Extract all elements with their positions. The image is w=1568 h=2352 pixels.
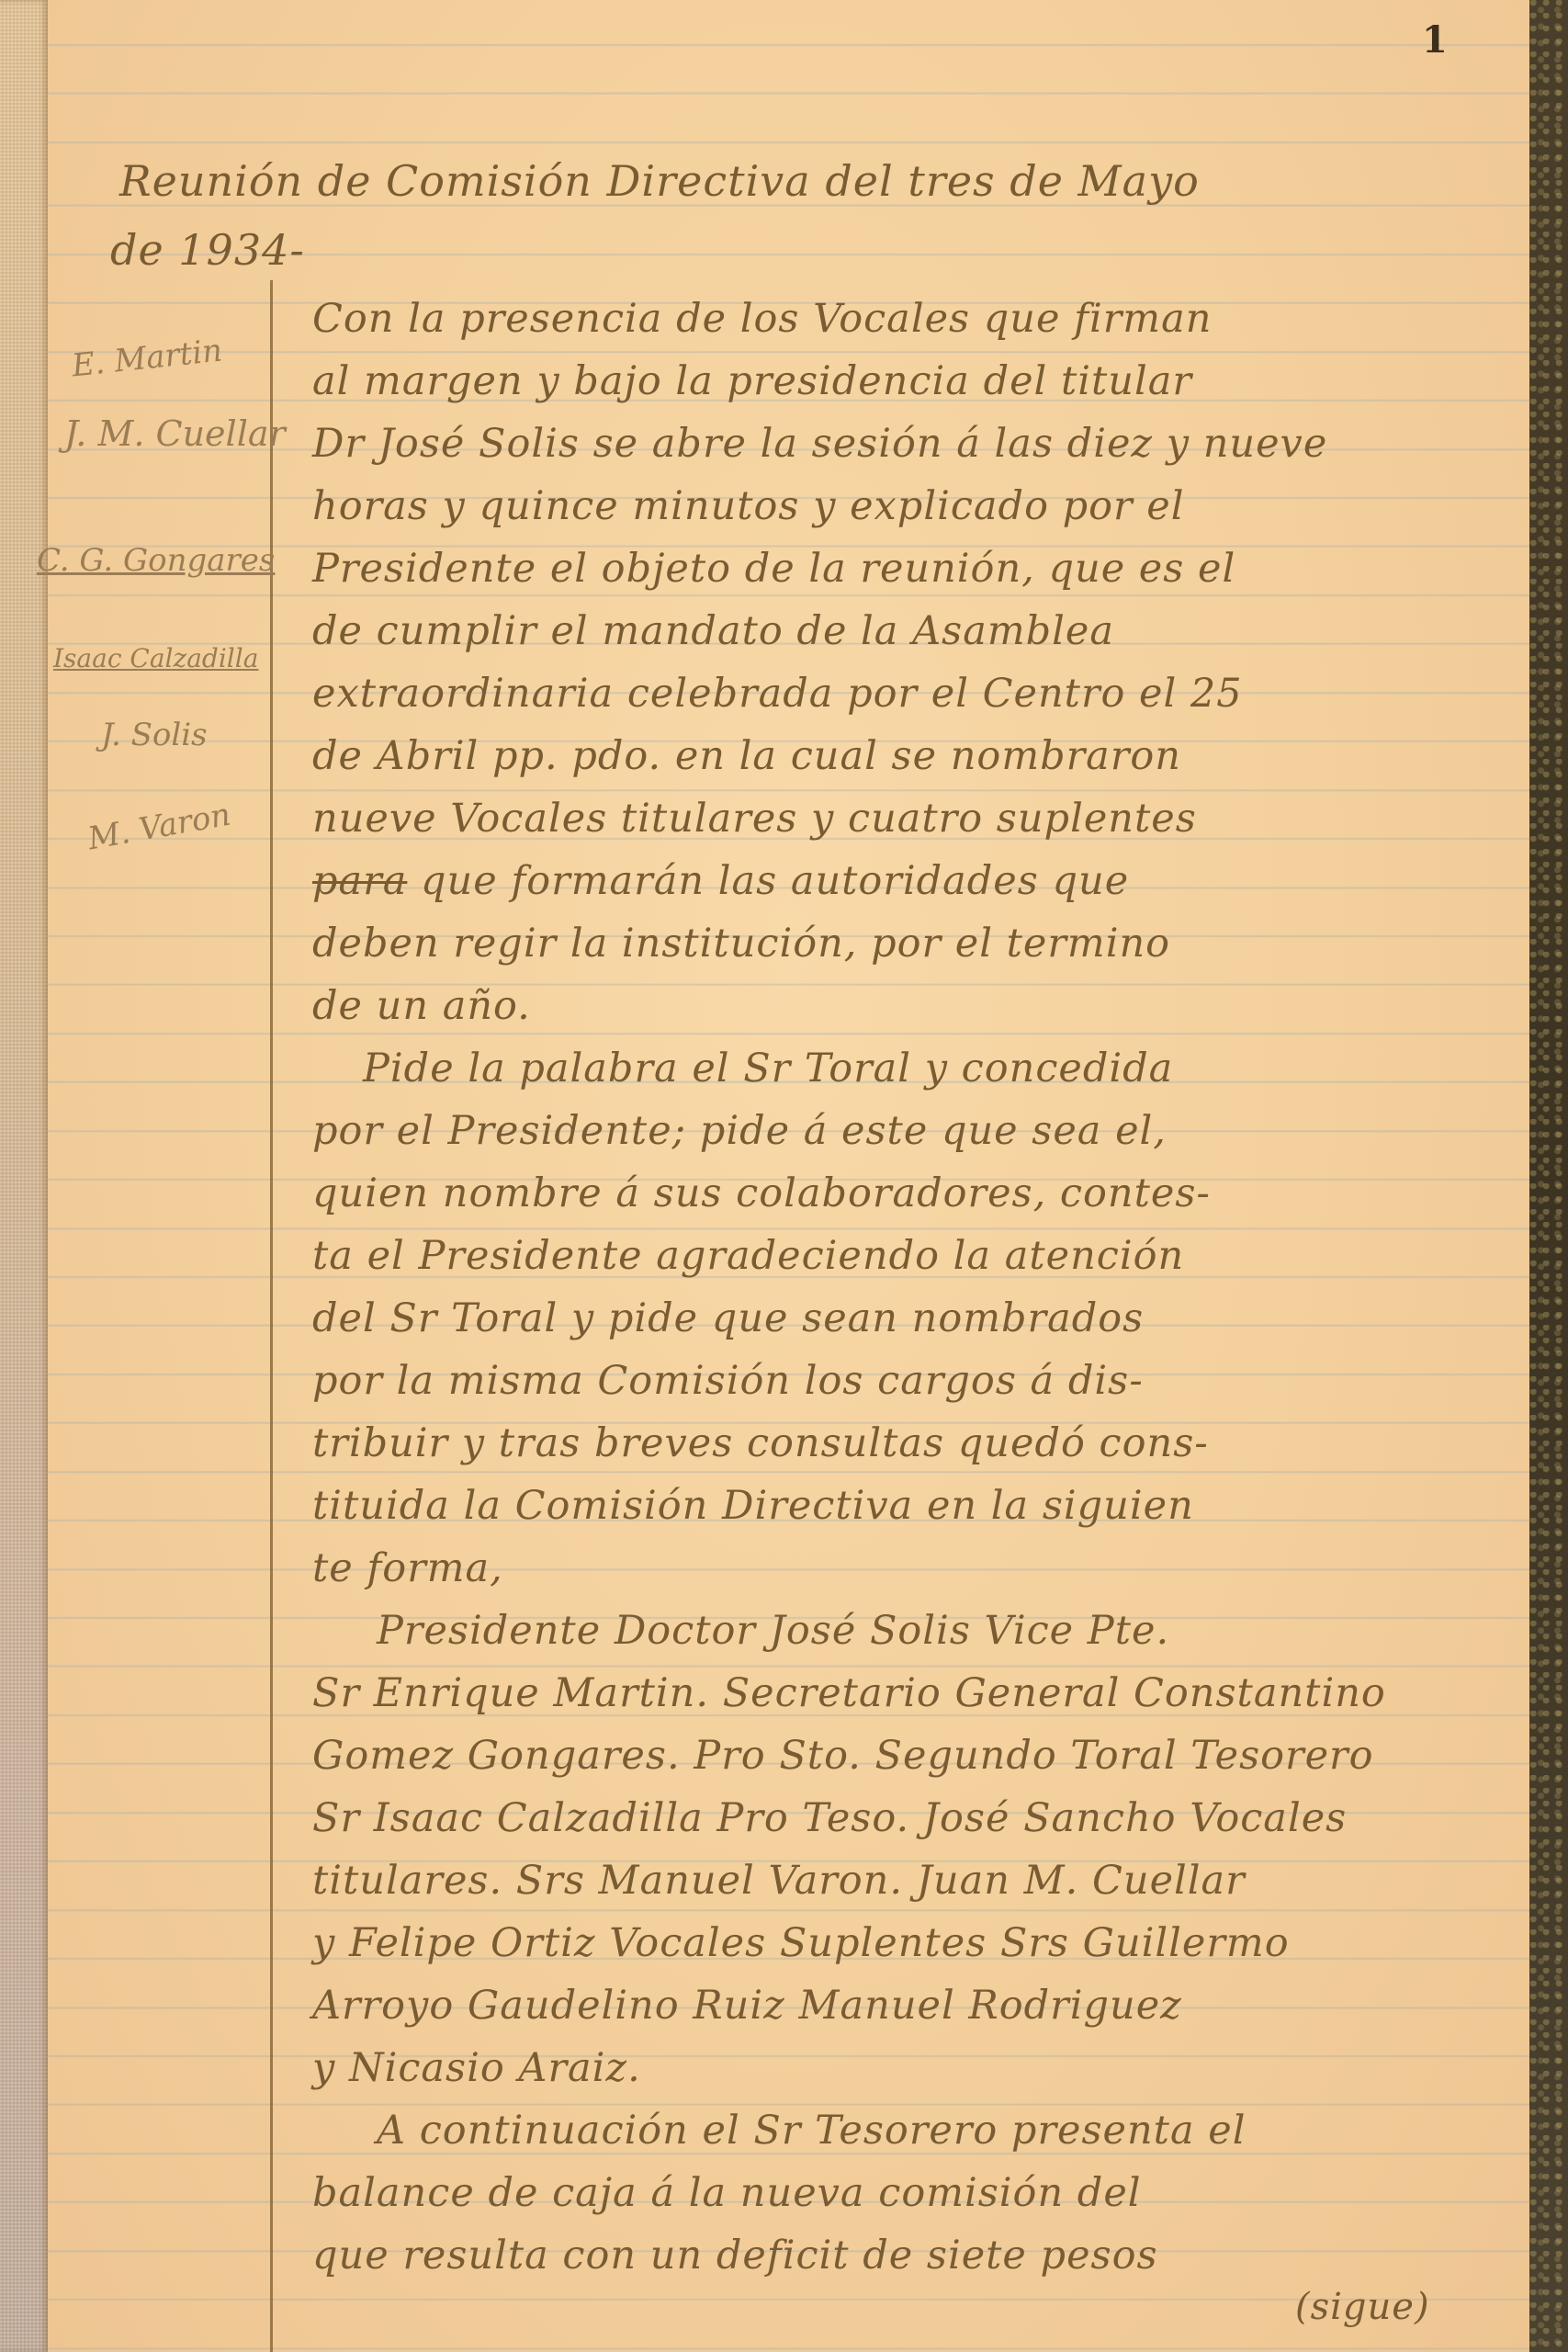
body-line: Arroyo Gaudelino Ruiz Manuel Rodriguez xyxy=(312,1983,1182,2029)
body-line: nueve Vocales titulares y cuatro suplent… xyxy=(312,796,1197,842)
body-line: por el Presidente; pide á este que sea e… xyxy=(312,1108,1167,1154)
signature-calzadilla: Isaac Calzadilla xyxy=(53,643,258,673)
body-line: balance de caja á la nueva comisión del xyxy=(312,2170,1142,2216)
body-line: tituida la Comisión Directiva en la sigu… xyxy=(312,1483,1194,1529)
body-line: titulares. Srs Manuel Varon. Juan M. Cue… xyxy=(312,1858,1246,1904)
body-line: que formarán las autoridades que xyxy=(421,858,1129,904)
continuation-note: (sigue) xyxy=(1295,2286,1430,2328)
body-line: del Sr Toral y pide que sean nombrados xyxy=(312,1295,1144,1341)
struck-word: para xyxy=(312,858,407,904)
body-line: al margen y bajo la presidencia del titu… xyxy=(312,358,1192,404)
paragraph-start: Presidente Doctor José Solis Vice Pte. xyxy=(377,1608,1169,1654)
book-binding-cloth xyxy=(0,0,48,2352)
body-line: de un año. xyxy=(312,983,531,1029)
body-line: de Abril pp. pdo. en la cual se nombraro… xyxy=(312,733,1181,779)
body-line: y Nicasio Araiz. xyxy=(312,2045,641,2091)
body-line: te forma, xyxy=(312,1545,503,1591)
body-line: de cumplir el mandato de la Asamblea xyxy=(312,608,1114,654)
body-line: Con la presencia de los Vocales que firm… xyxy=(312,296,1212,342)
book-cover-edge xyxy=(1529,0,1568,2352)
body-line: y Felipe Ortiz Vocales Suplentes Srs Gui… xyxy=(312,1920,1290,1966)
signature-cuellar: J. M. Cuellar xyxy=(64,413,286,454)
heading-line-2: de 1934- xyxy=(110,225,305,275)
body-line: Sr Enrique Martin. Secretario General Co… xyxy=(312,1670,1386,1716)
body-line: Gomez Gongares. Pro Sto. Segundo Toral T… xyxy=(312,1733,1373,1779)
body-line: horas y quince minutos y explicado por e… xyxy=(312,483,1184,529)
signature-gongares: C. G. Gongares xyxy=(37,542,275,579)
body-line: Sr Isaac Calzadilla Pro Teso. José Sanch… xyxy=(312,1795,1347,1841)
body-line: Dr José Solis se abre la sesión á las di… xyxy=(312,421,1327,467)
body-line: quien nombre á sus colaboradores, contes… xyxy=(312,1170,1211,1216)
body-line: deben regir la institución, por el termi… xyxy=(312,921,1170,967)
body-line: Presidente el objeto de la reunión, que … xyxy=(312,546,1235,592)
paragraph-start: Pide la palabra el Sr Toral y concedida xyxy=(363,1046,1173,1091)
body-line: tribuir y tras breves consultas quedó co… xyxy=(312,1420,1209,1466)
paragraph-start: A continuación el Sr Tesorero presenta e… xyxy=(377,2108,1246,2154)
signature-solis: J. Solis xyxy=(101,717,208,753)
body-line: extraordinaria celebrada por el Centro e… xyxy=(312,671,1243,717)
body-line: que resulta con un deficit de siete peso… xyxy=(312,2233,1158,2278)
margin-rule xyxy=(270,280,273,2352)
page-number: 1 xyxy=(1422,18,1448,62)
body-line: ta el Presidente agradeciendo la atenció… xyxy=(312,1233,1184,1279)
body-line: por la misma Comisión los cargos á dis- xyxy=(312,1358,1144,1404)
heading-line-1: Reunión de Comisión Directiva del tres d… xyxy=(119,156,1200,206)
